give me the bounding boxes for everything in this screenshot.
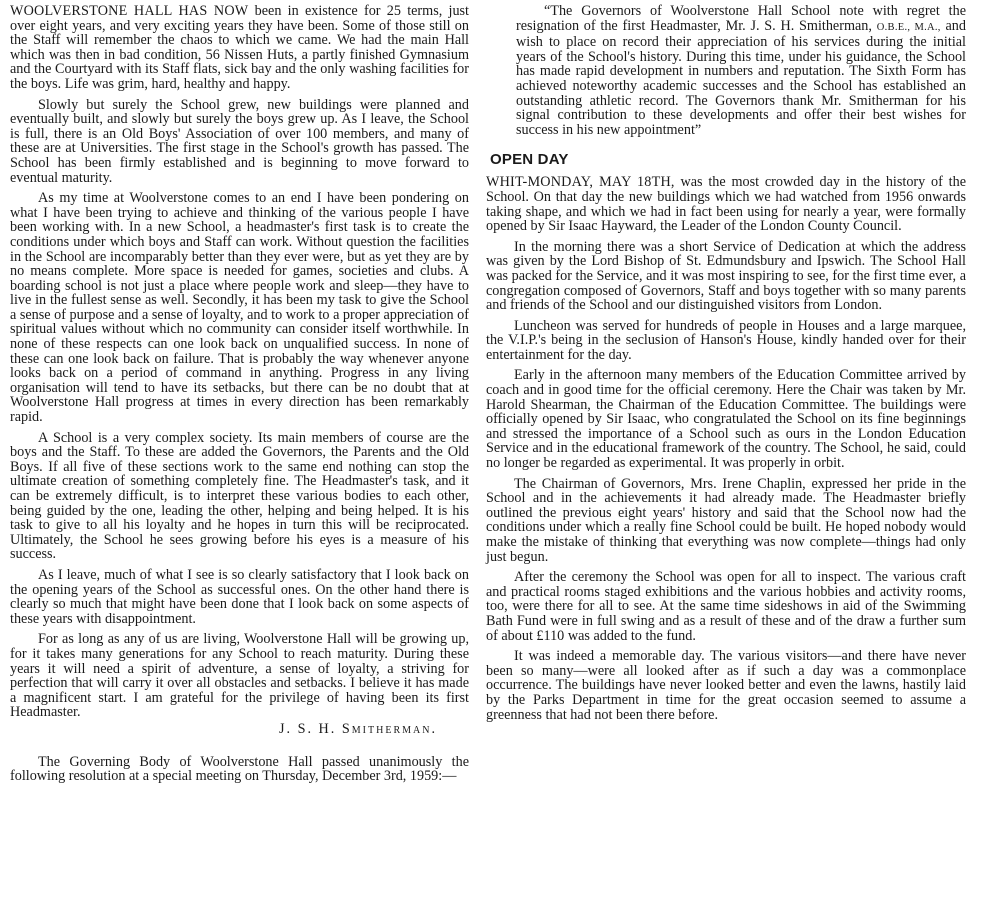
- quote-part-2: and wish to place on record their apprec…: [516, 18, 966, 138]
- signature: J. S. H. Smitherman.: [10, 722, 469, 737]
- paragraph-complex-society: A School is a very complex society. Its …: [10, 431, 469, 562]
- paragraph-luncheon: Luncheon was served for hundreds of peop…: [486, 319, 966, 363]
- paragraph-service-of-dedication: In the morning there was a short Service…: [486, 240, 966, 313]
- open-day-heading: OPEN DAY: [490, 151, 966, 169]
- paragraph-as-i-leave: As I leave, much of what I see is so cle…: [10, 568, 469, 626]
- paragraph-after-ceremony: After the ceremony the School was open f…: [486, 570, 966, 643]
- quote-text: “The Governors of Woolverstone Hall Scho…: [516, 4, 966, 137]
- paragraph-headmaster-task: As my time at Woolverstone comes to an e…: [10, 191, 469, 425]
- quote-degrees: O.B.E., M.A.,: [877, 22, 941, 33]
- governors-resolution-quote: “The Governors of Woolverstone Hall Scho…: [486, 4, 966, 137]
- open-day-smallcaps-lead: WHIT-MONDAY, MAY 18TH,: [486, 174, 675, 190]
- resolution-intro: The Governing Body of Woolverstone Hall …: [10, 755, 469, 784]
- paragraph-memorable-day: It was indeed a memorable day. The vario…: [486, 649, 966, 722]
- paragraph-school-growth: Slowly but surely the School grew, new b…: [10, 98, 469, 186]
- open-day-opening-paragraph: WHIT-MONDAY, MAY 18TH, was the most crow…: [486, 175, 966, 233]
- right-column: “The Governors of Woolverstone Hall Scho…: [486, 4, 966, 728]
- left-column: WOOLVERSTONE HALL HAS NOW been in existe…: [10, 4, 469, 790]
- paragraph-growing-up: For as long as any of us are living, Woo…: [10, 632, 469, 720]
- opening-paragraph: WOOLVERSTONE HALL HAS NOW been in existe…: [10, 4, 469, 92]
- paragraph-chairman-of-governors: The Chairman of Governors, Mrs. Irene Ch…: [486, 477, 966, 565]
- opening-smallcaps-lead: WOOLVERSTONE HALL HAS NOW: [10, 3, 248, 19]
- paragraph-education-committee: Early in the afternoon many members of t…: [486, 368, 966, 470]
